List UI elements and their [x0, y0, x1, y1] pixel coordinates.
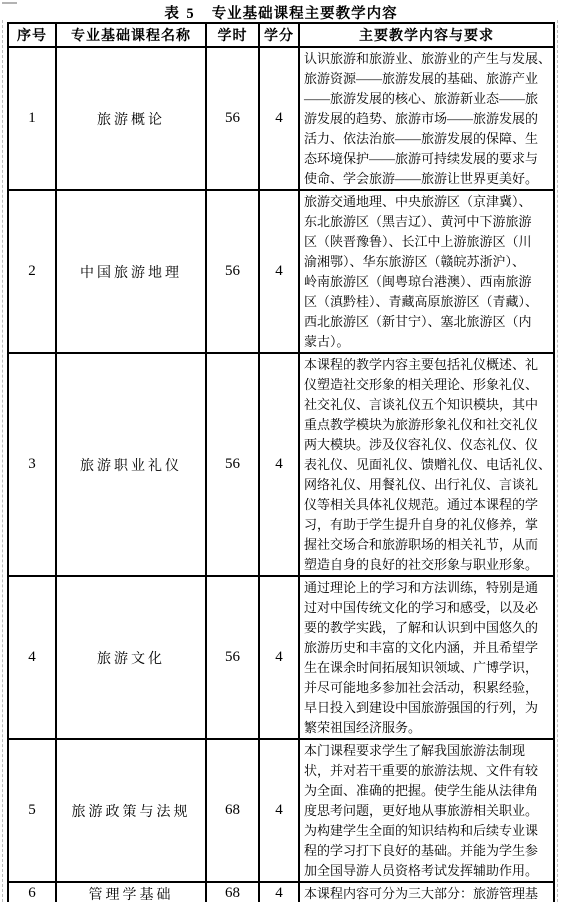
- course-name: 中国旅游地理: [56, 190, 206, 353]
- course-name: 旅游政策与法规: [56, 739, 206, 882]
- course-content-table: 序号 专业基础课程名称 学时 学分 主要教学内容与要求 1 旅游概论 56 4 …: [7, 22, 555, 902]
- course-credits: 4: [259, 576, 299, 739]
- course-credits: 4: [259, 882, 299, 902]
- header-no: 序号: [8, 23, 56, 47]
- course-credits: 4: [259, 190, 299, 353]
- table-row: 4 旅游文化 56 4 通过理论上的学习和方法训练，特别是通 过对中国传统文化的…: [8, 576, 554, 739]
- header-hours: 学时: [206, 23, 259, 47]
- course-name: 旅游概论: [56, 47, 206, 190]
- course-credits: 4: [259, 47, 299, 190]
- course-name: 旅游文化: [56, 576, 206, 739]
- row-number: 6: [8, 882, 56, 902]
- course-hours: 68: [206, 739, 259, 882]
- course-content: 本课程的教学内容主要包括礼仪概述、礼 仪塑造社交形象的相关理论、形象礼仪、 社交…: [299, 353, 554, 576]
- course-credits: 4: [259, 739, 299, 882]
- course-credits: 4: [259, 353, 299, 576]
- row-number: 2: [8, 190, 56, 353]
- text-boundary-guide-left: [2, 20, 3, 902]
- table-row: 3 旅游职业礼仪 56 4 本课程的教学内容主要包括礼仪概述、礼 仪塑造社交形象…: [8, 353, 554, 576]
- table-row: 1 旅游概论 56 4 认识旅游和旅游业、旅游业的产生与发展、 旅游资源——旅游…: [8, 47, 554, 190]
- table-number-label: 表 5: [164, 2, 195, 23]
- row-number: 5: [8, 739, 56, 882]
- row-number: 3: [8, 353, 56, 576]
- course-content: 本门课程要求学生了解我国旅游法制现 状，并对若干重要的旅游法规、文件有较 为全面…: [299, 739, 554, 882]
- course-content: 本课程内容可分为三大部分：旅游管理基: [299, 882, 554, 902]
- course-hours: 68: [206, 882, 259, 902]
- course-content: 通过理论上的学习和方法训练，特别是通 过对中国传统文化的学习和感受，以及必 要的…: [299, 576, 554, 739]
- table-row: 2 中国旅游地理 56 4 旅游交通地理、中央旅游区（京津冀）、 东北旅游区（黑…: [8, 190, 554, 353]
- table-title-text: 专业基础课程主要教学内容: [212, 2, 398, 23]
- header-course: 专业基础课程名称: [56, 23, 206, 47]
- header-content: 主要教学内容与要求: [299, 23, 554, 47]
- header-row: 序号 专业基础课程名称 学时 学分 主要教学内容与要求: [8, 23, 554, 47]
- course-name: 管理学基础: [56, 882, 206, 902]
- table-row: 5 旅游政策与法规 68 4 本门课程要求学生了解我国旅游法制现 状，并对若干重…: [8, 739, 554, 882]
- course-hours: 56: [206, 576, 259, 739]
- course-name: 旅游职业礼仪: [56, 353, 206, 576]
- course-content: 认识旅游和旅游业、旅游业的产生与发展、 旅游资源——旅游发展的基础、旅游产业 —…: [299, 47, 554, 190]
- table-row: 6 管理学基础 68 4 本课程内容可分为三大部分：旅游管理基: [8, 882, 554, 902]
- course-hours: 56: [206, 353, 259, 576]
- course-hours: 56: [206, 190, 259, 353]
- row-number: 1: [8, 47, 56, 190]
- course-content: 旅游交通地理、中央旅游区（京津冀）、 东北旅游区（黑吉辽）、黄河中下游旅游 区（…: [299, 190, 554, 353]
- header-credits: 学分: [259, 23, 299, 47]
- course-hours: 56: [206, 47, 259, 190]
- table-title: 表 5 专业基础课程主要教学内容: [0, 2, 562, 22]
- text-boundary-guide-right: [557, 20, 558, 902]
- row-number: 4: [8, 576, 56, 739]
